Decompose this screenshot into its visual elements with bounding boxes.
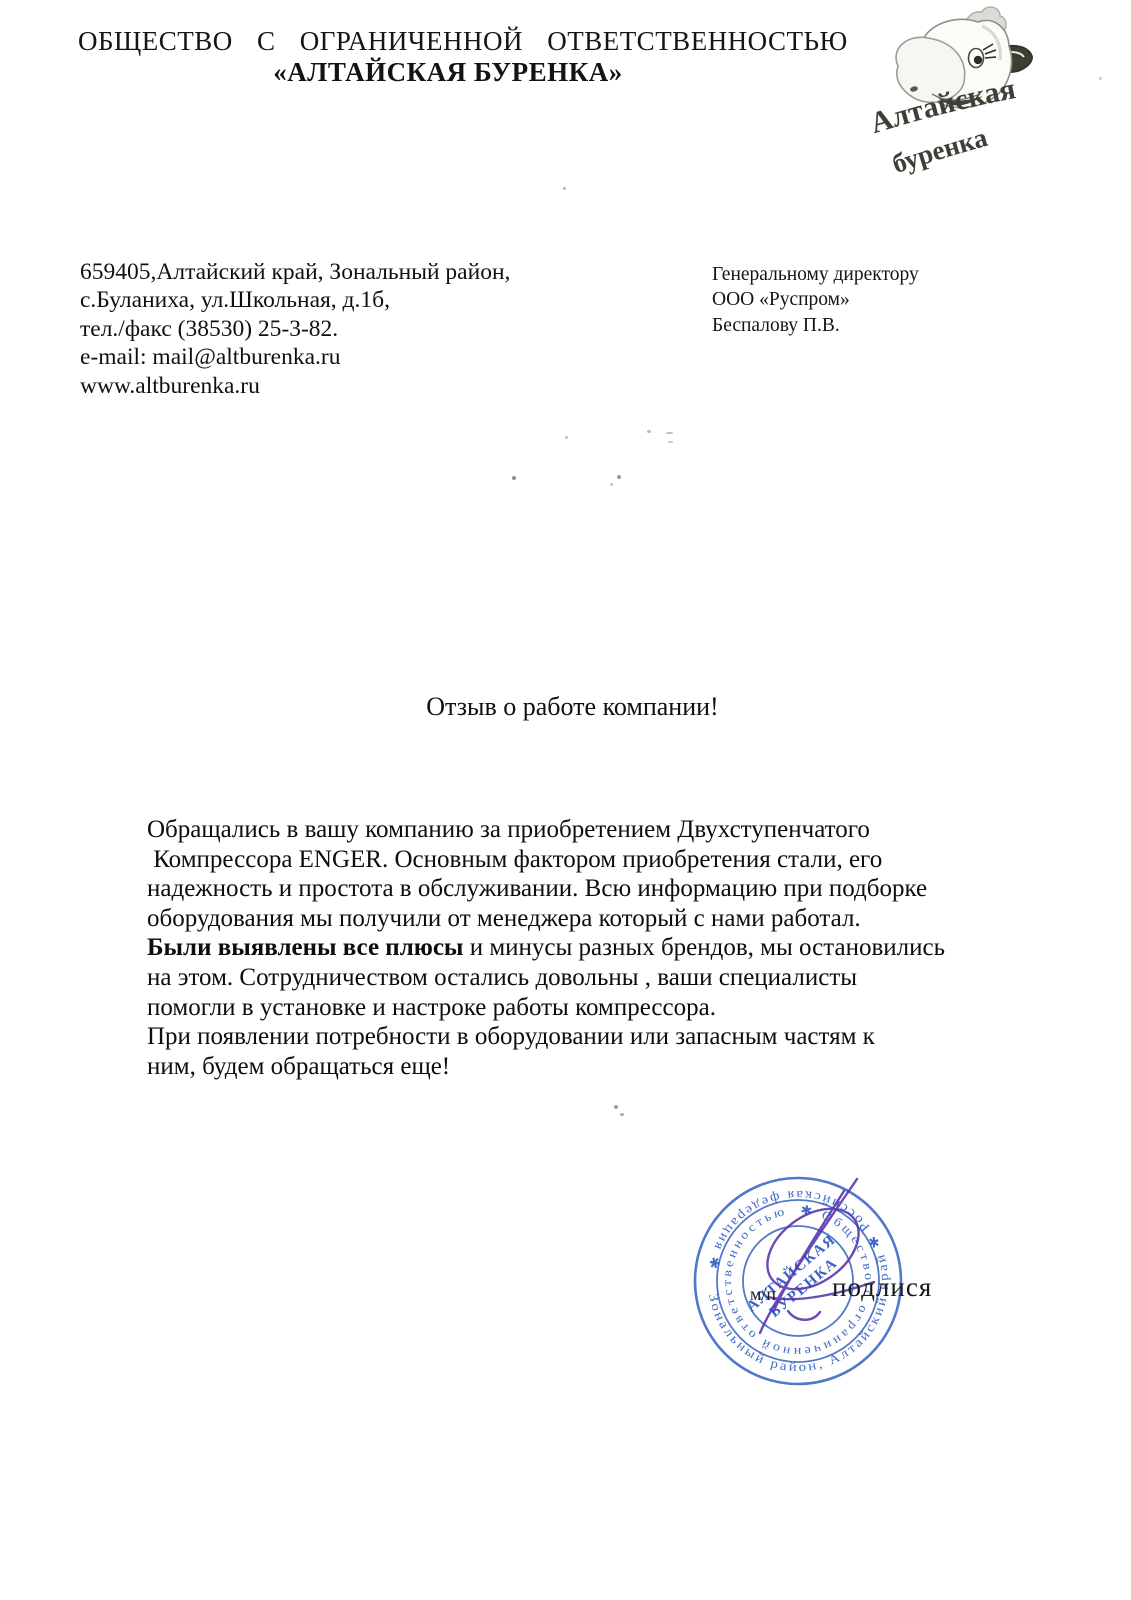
body-line: При появлении потребности в оборудовании… [147, 1022, 1017, 1052]
scan-speck [647, 430, 651, 433]
scan-speck [620, 1113, 624, 1116]
signature-label: подлися [832, 1272, 932, 1303]
contact-line: www.altburenka.ru [80, 372, 510, 400]
recipient-block: Генеральному директору ООО «Руспром» Бес… [712, 262, 919, 338]
org-type-line: ОБЩЕСТВО С ОГРАНИЧЕННОЙ ОТВЕТСТВЕННОСТЬЮ [78, 26, 790, 57]
body-line: помогли в установке и настроке работы ко… [147, 993, 1017, 1023]
scan-speck [617, 475, 621, 479]
company-logo: Алтайская буренка [862, 6, 1077, 188]
scan-speck [563, 187, 566, 190]
body-line: ним, будем обращаться еще! [147, 1052, 1017, 1082]
recipient-line: Генеральному директору [712, 262, 919, 287]
recipient-line: ООО «Руспром» [712, 287, 919, 312]
contact-line: e-mail: mail@altburenka.ru [80, 343, 510, 371]
scanned-letter-page: ОБЩЕСТВО С ОГРАНИЧЕННОЙ ОТВЕТСТВЕННОСТЬЮ… [0, 0, 1131, 1600]
scan-speck [610, 483, 613, 486]
mp-label: м/п [750, 1284, 776, 1305]
recipient-line: Беспалову П.В. [712, 313, 919, 338]
scan-speck [512, 476, 516, 480]
scan-speck [565, 436, 568, 439]
body-line: Были выявлены все плюсы и минусы разных … [147, 933, 1017, 963]
sender-contact-block: 659405,Алтайский край, Зональный район, … [80, 258, 510, 400]
body-line: Компрессора ENGER. Основным фактором при… [147, 845, 1017, 875]
scan-speck [666, 432, 673, 434]
contact-line: 659405,Алтайский край, Зональный район, [80, 258, 510, 286]
scan-speck [668, 441, 673, 443]
scan-speck [614, 1105, 618, 1109]
body-line: Обращались в вашу компанию за приобретен… [147, 815, 1017, 845]
contact-line: с.Буланиха, ул.Школьная, д.1б, [80, 286, 510, 314]
scan-speck [1099, 77, 1102, 80]
org-name-line: «АЛТАЙСКАЯ БУРЕНКА» [78, 57, 818, 88]
body-line: надежность и простота в обслуживании. Вс… [147, 874, 1017, 904]
body-line: на этом. Сотрудничеством остались доволь… [147, 963, 1017, 993]
document-title: Отзыв о работе компании! [150, 692, 995, 722]
contact-line: тел./факс (38530) 25-3-82. [80, 315, 510, 343]
letter-body: Обращались в вашу компанию за приобретен… [147, 815, 1017, 1081]
body-line: оборудования мы получили от менеджера ко… [147, 904, 1017, 934]
